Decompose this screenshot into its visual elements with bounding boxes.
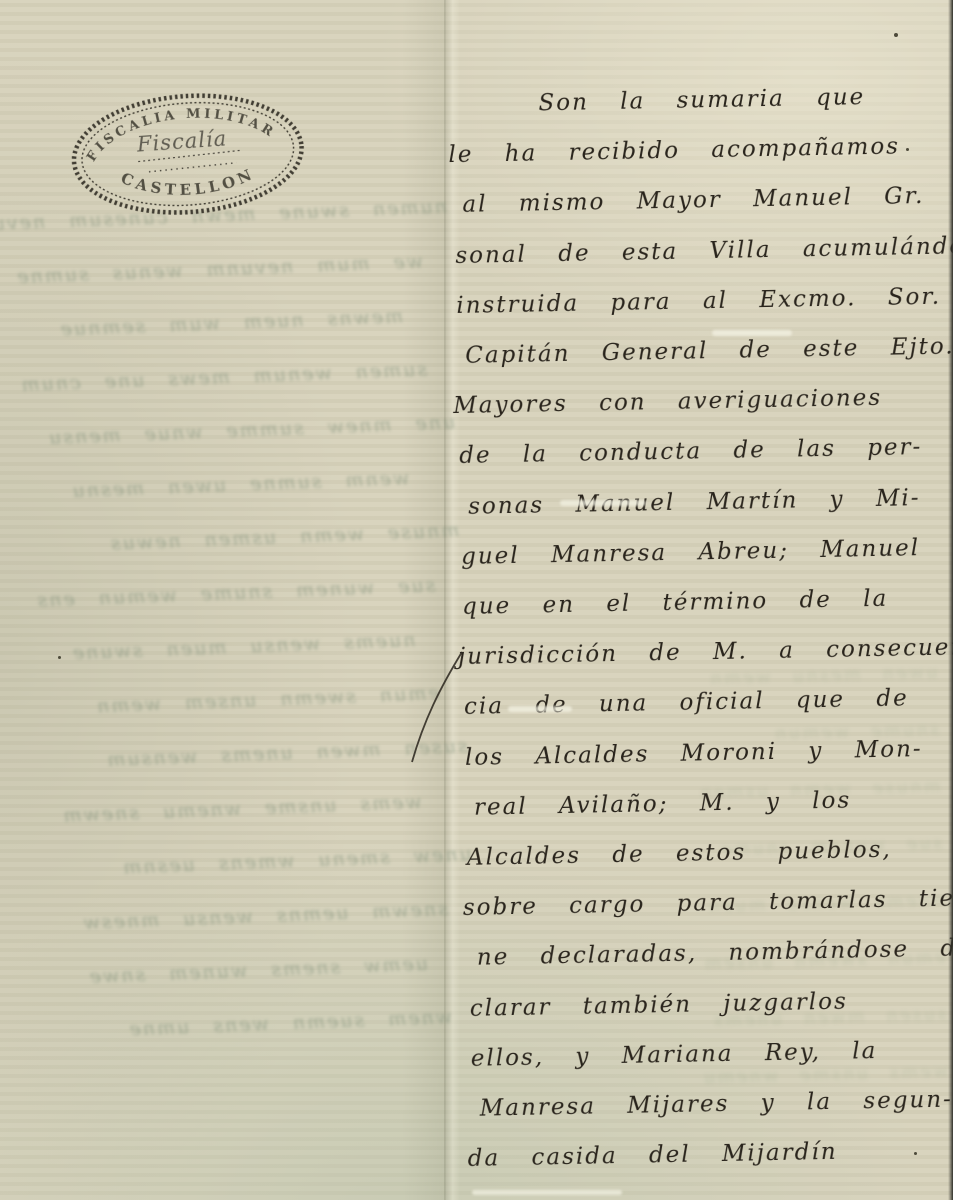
scan-white-smear bbox=[472, 1190, 622, 1195]
handwriting-line: Alcaldes de estos pueblos, bbox=[466, 823, 953, 883]
handwriting-line: da casida del Mijardín bbox=[467, 1124, 953, 1184]
handwriting-line: los Alcaldes Moroni y Mon- bbox=[465, 723, 953, 783]
scanned-letter-page: numen swune mewn cunesum nevuwe mum nevu… bbox=[0, 0, 953, 1200]
handwriting-line: sonal de esta Villa acumulándola bbox=[455, 221, 953, 281]
stamp-dotted-line bbox=[149, 163, 237, 172]
oval-ink-stamp: FISCALIA MILITAR CASTELLON Fiscalía bbox=[64, 82, 315, 233]
handwriting-line: ne declaradas, nombrándose de- bbox=[476, 924, 953, 984]
handwriting-line: real Avilaño; M. y los bbox=[473, 773, 953, 833]
ink-speck bbox=[58, 656, 61, 659]
ink-speck bbox=[914, 1152, 917, 1155]
handwriting-line: cia de una oficial que de bbox=[464, 673, 953, 733]
ink-speck bbox=[894, 33, 898, 37]
handwriting-line: al mismo Mayor Manuel Gr. bbox=[462, 171, 953, 231]
stamp-center-script: Fiscalía bbox=[135, 126, 228, 156]
stamp-bottom-arc-textpath: CASTELLON bbox=[117, 160, 259, 204]
handwritten-letter-body: Son la sumaria quele ha recibido acompañ… bbox=[452, 70, 953, 1184]
left-page-bleedthrough-text: numen swune mewn cunesum nevuwe mum nevu… bbox=[0, 179, 479, 1059]
stamp-bottom-arc-text: CASTELLON bbox=[117, 160, 259, 204]
handwriting-line: clarar también juzgarlos bbox=[469, 974, 953, 1034]
ink-speck bbox=[906, 148, 909, 151]
scan-white-smear bbox=[712, 330, 792, 336]
descender-flourish bbox=[408, 648, 468, 768]
handwriting-line: de la conducta de las per- bbox=[459, 422, 953, 482]
handwriting-line: ellos, y Mariana Rey, la bbox=[470, 1024, 953, 1084]
handwriting-line: Son la sumaria que bbox=[538, 70, 953, 128]
handwriting-line: sonas Manuel Martín y Mi- bbox=[468, 472, 953, 532]
scan-white-smear bbox=[508, 706, 572, 712]
stamp-graphic: FISCALIA MILITAR CASTELLON Fiscalía bbox=[64, 82, 315, 233]
handwriting-line: Manresa Mijares y la segun- bbox=[479, 1074, 953, 1134]
scan-edge-shadow bbox=[948, 0, 953, 1200]
scan-white-smear bbox=[560, 500, 646, 506]
